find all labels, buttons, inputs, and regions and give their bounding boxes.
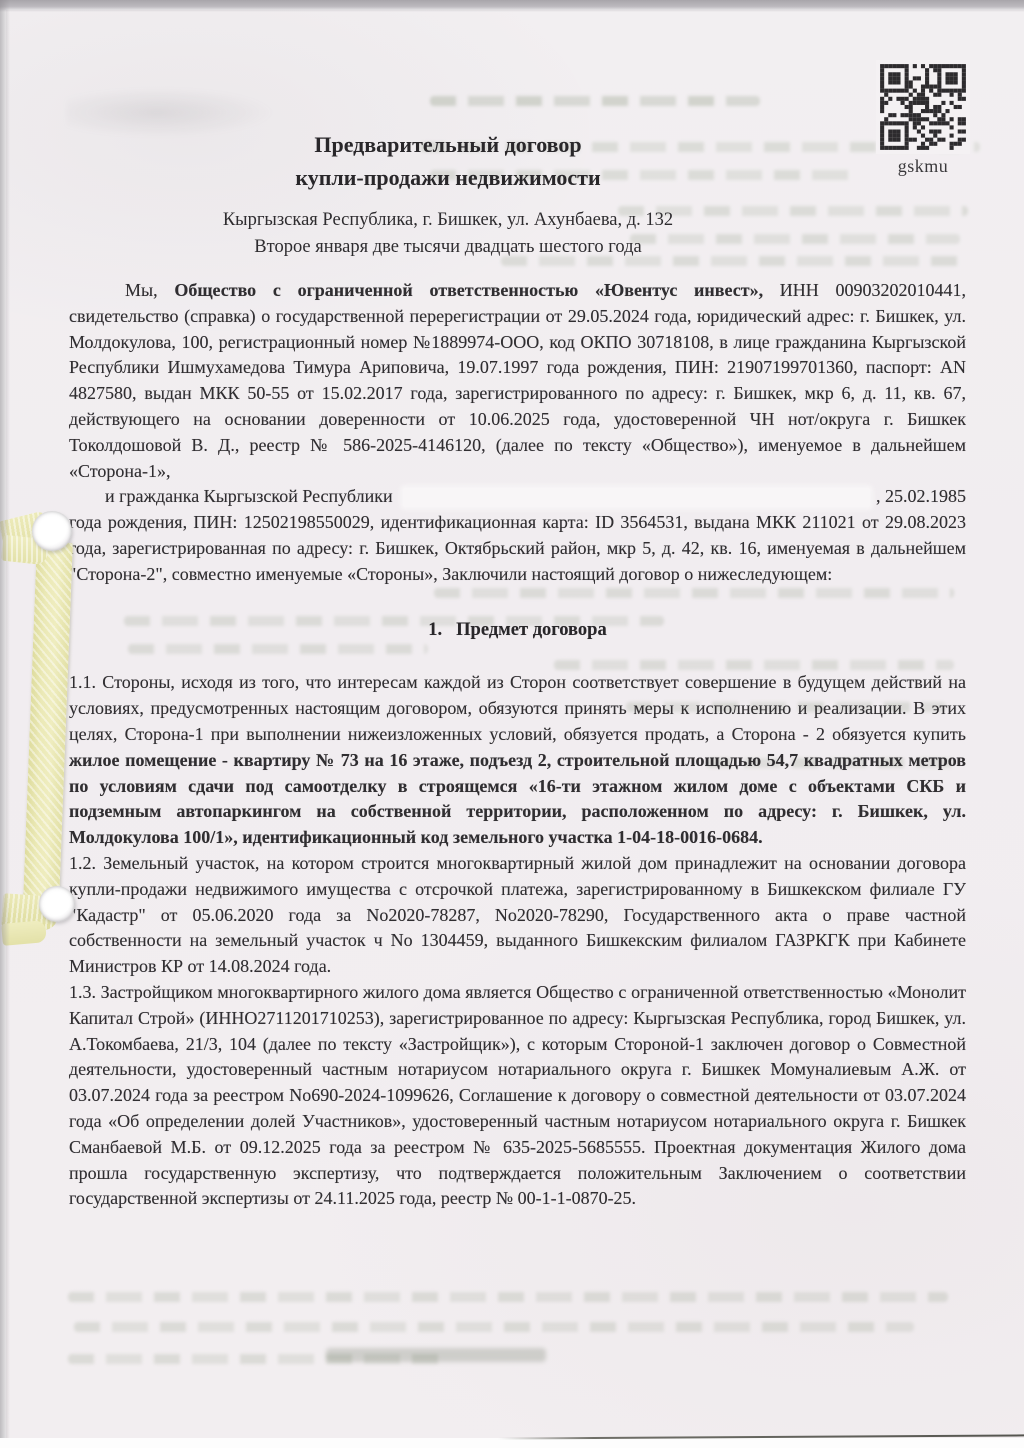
document-subtitle: Кыргызская Республика, г. Бишкек, ул. Ах… (68, 207, 828, 261)
clause-1-1-normal: 1.1. Стороны, исходя из того, что интере… (69, 672, 966, 744)
document-date: Второе января две тысячи двадцать шестог… (68, 234, 828, 261)
scan-edge-top (0, 0, 1024, 12)
document-title-line2: купли-продажи недвижимости (68, 161, 828, 194)
clause-1-1-bold: жилое помещение - квартиру № 73 на 16 эт… (69, 750, 966, 847)
clause-1-2: 1.2. Земельный участок, на котором строи… (69, 851, 966, 980)
company-name: Общество с ограниченной ответственностью… (174, 280, 779, 300)
section1-title: Предмет договора (456, 620, 607, 640)
intro-after-company: ИНН 00903202010441, свидетельство (справ… (69, 280, 966, 481)
document-title-line1: Предварительный договор (68, 128, 828, 161)
section1-heading: 1.Предмет договора (69, 618, 966, 644)
redacted-name-box (403, 488, 870, 507)
intro-paragraph: Мы, Общество с ограниченной ответственно… (69, 278, 966, 484)
scanned-page: gskmu Предварительный договор купли-прод… (6, 10, 1024, 1438)
document-location: Кыргызская Республика, г. Бишкек, ул. Ах… (68, 207, 828, 234)
document-body: Мы, Общество с ограниченной ответственно… (69, 278, 966, 1212)
binding-ribbon (23, 541, 73, 902)
punch-hole-bottom (39, 886, 75, 922)
qr-label: gskmu (868, 156, 978, 177)
intro-lead: Мы, (125, 280, 174, 300)
bleed-through-ghost (68, 1292, 948, 1302)
party2-line: и гражданка Кыргызской Республики , 25.0… (69, 484, 966, 510)
clause-1-1: 1.1. Стороны, исходя из того, что интере… (69, 670, 966, 851)
bleed-through-ghost (326, 1348, 546, 1362)
scan-edge-left (0, 0, 10, 1448)
qr-stamp: gskmu (868, 60, 978, 177)
bleed-through-ghost (74, 1322, 914, 1332)
qr-code-icon (876, 60, 970, 154)
punch-hole-top (32, 511, 72, 551)
party2-lead: и гражданка Кыргызской Республики (69, 484, 393, 510)
party2-paragraph: года рождения, ПИН: 12502198550029, иден… (69, 510, 966, 587)
clause-1-3: 1.3. Застройщиком многоквартирного жилог… (69, 980, 966, 1212)
party2-birthdate: , 25.02.1985 (876, 484, 966, 510)
section1-number: 1. (428, 620, 442, 640)
document-title: Предварительный договор купли-продажи не… (68, 128, 828, 194)
bleed-through-ghost (430, 96, 760, 106)
